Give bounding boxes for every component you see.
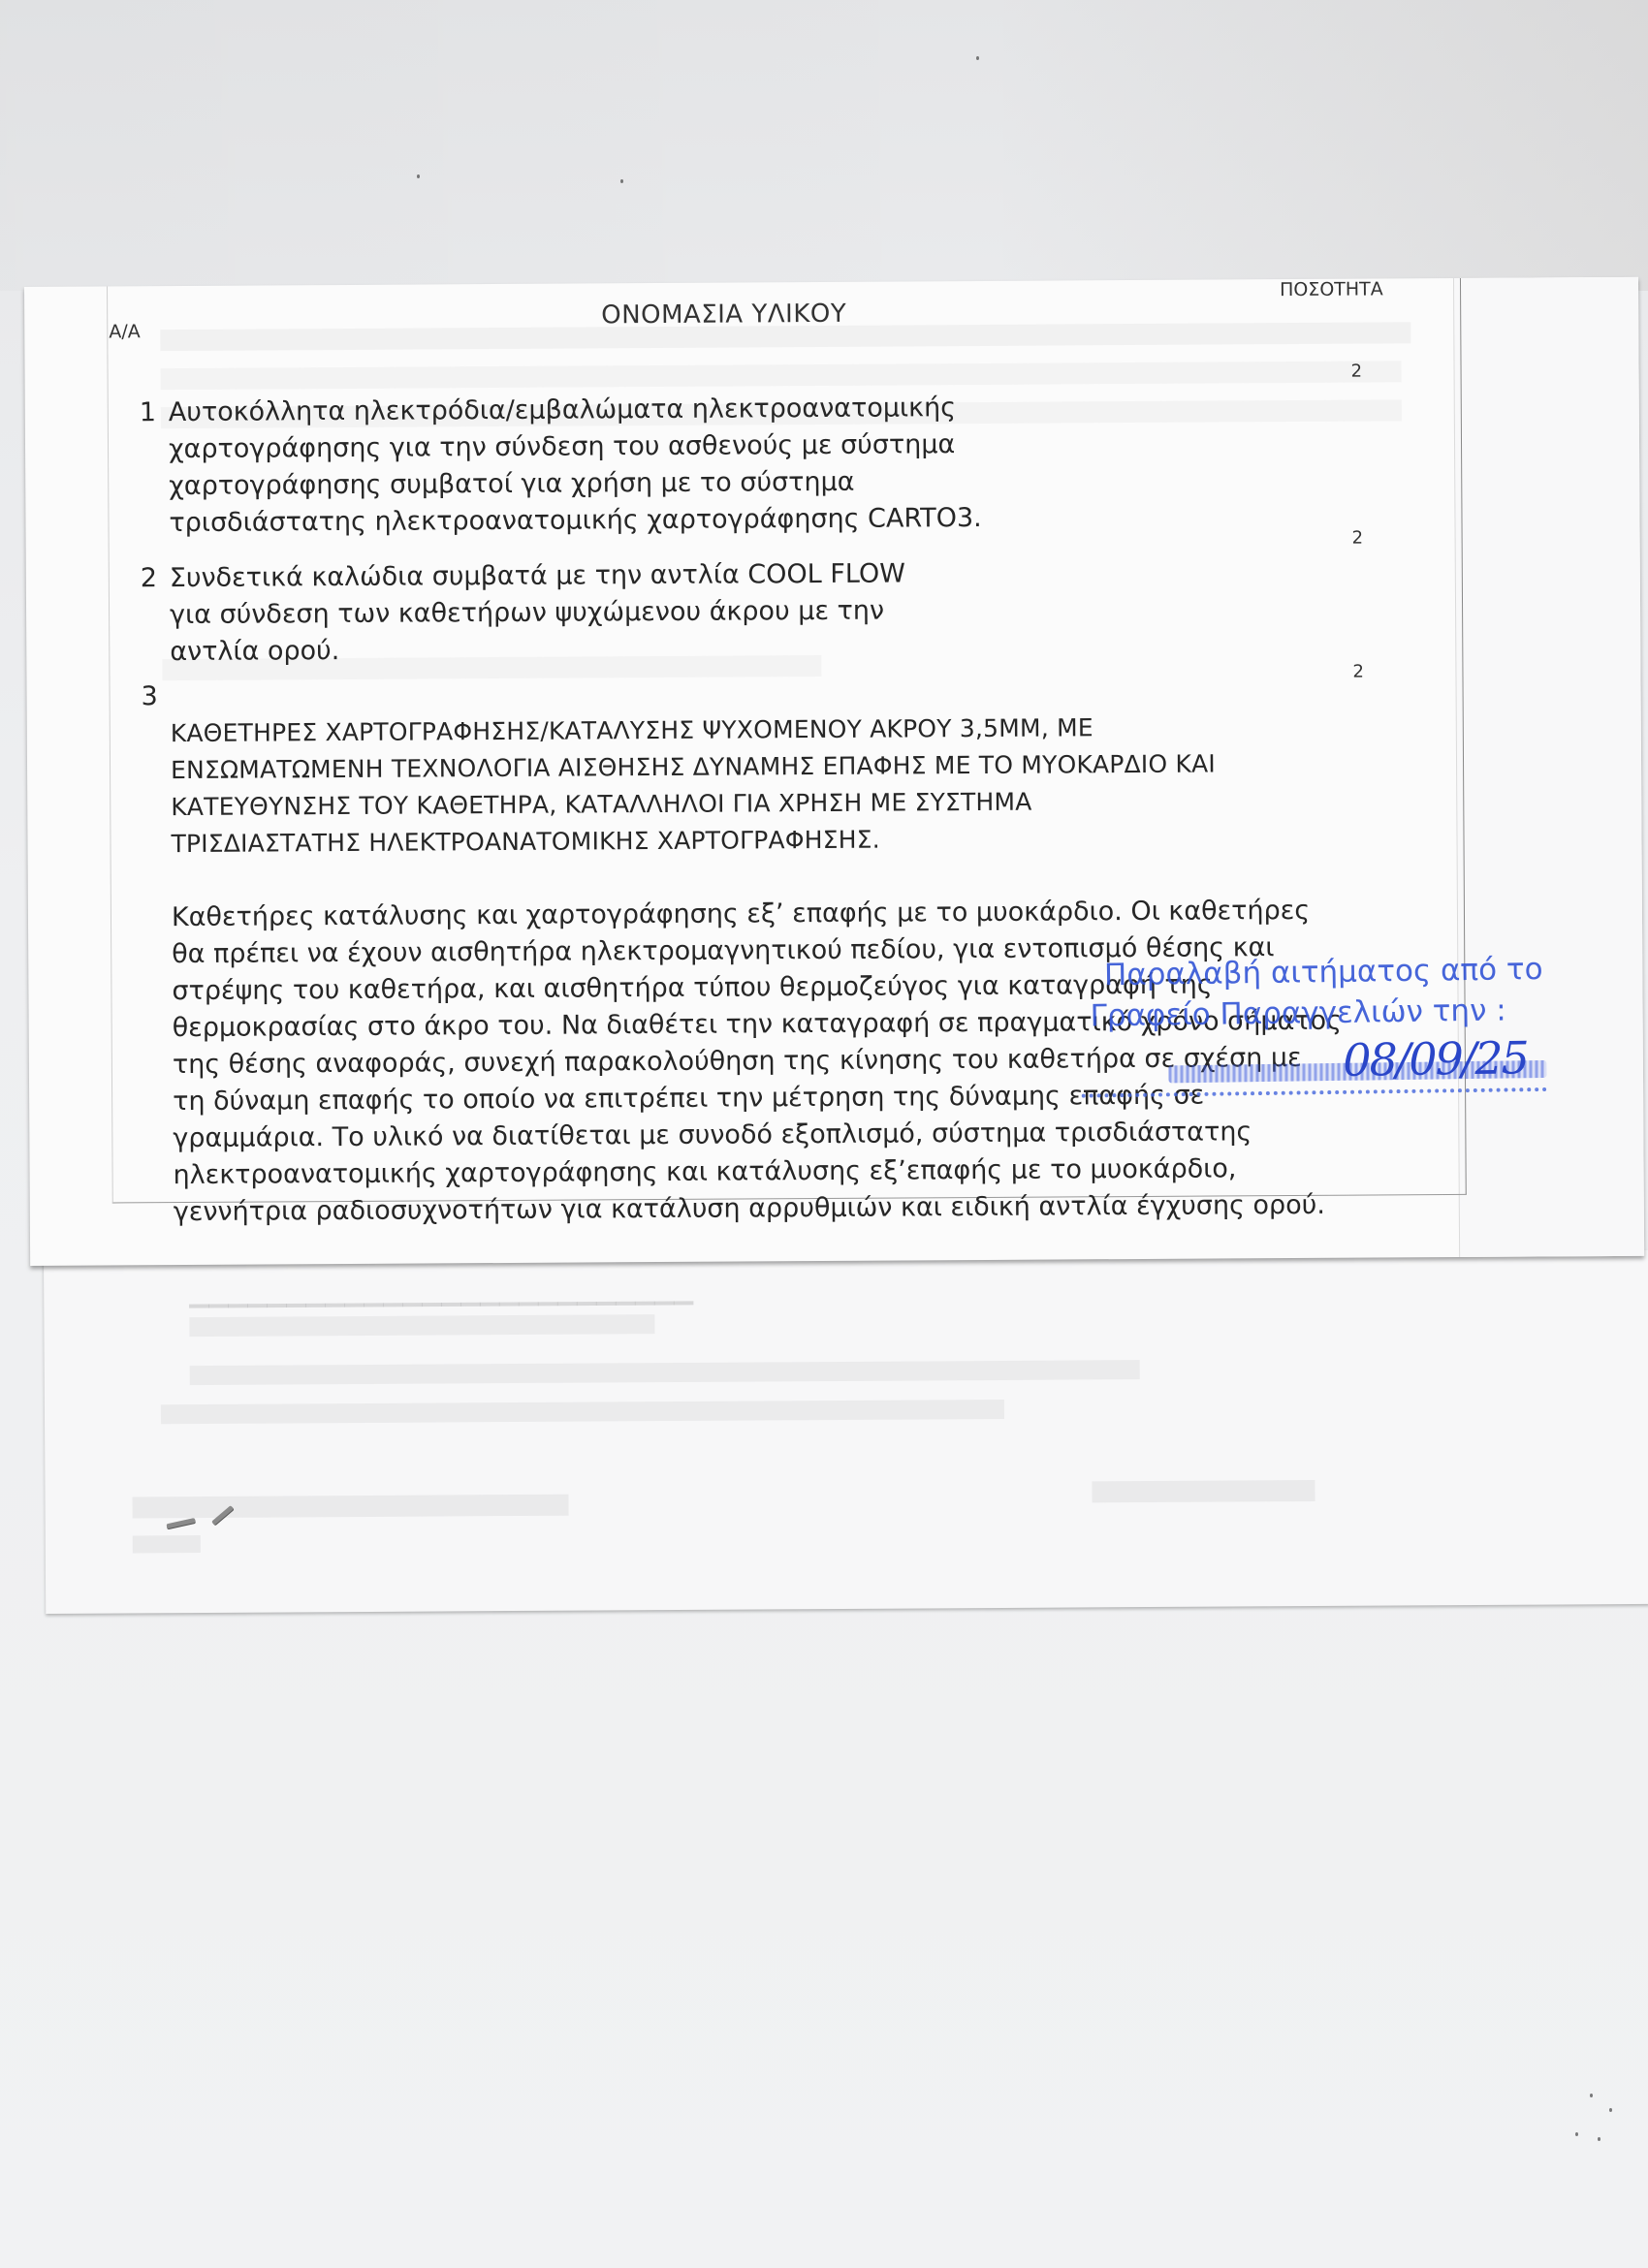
show-through-text [132,1495,568,1519]
column-header-index: Α/Α [109,321,141,342]
dust-speck [1575,2132,1578,2136]
dust-speck [1609,2108,1612,2112]
scanner-background [0,0,1648,291]
item-quantity: 2 [1352,662,1364,682]
staple [166,1518,195,1528]
received-stamp: Παραλαβή αιτήματος από το Γραφείο Παραγγ… [1080,951,1586,1132]
column-header-quantity: ΠΟΣΟΤΗΤΑ [1280,278,1383,300]
show-through-text [133,1535,201,1553]
item-title: ΚΑΘΕΤΗΡΕΣ ΧΑΡΤΟΓΡΑΦΗΣΗΣ/ΚΑΤΑΛΥΣΗΣ ΨΥΧΟΜΕ… [171,709,1341,863]
row-number: 3 [141,678,170,715]
back-sheet: ▁▁▁▁▁▁▁▁▁▁▁▁▁▁▁▁▁▁▁▁▁▁▁▁▁▁ [44,1250,1648,1614]
row-number: 1 [140,394,169,431]
dust-speck [620,179,623,183]
handwritten-date: 08/09/25 [1343,1031,1528,1087]
item-description: Αυτοκόλλητα ηλεκτρόδια/εμβαλώματα ηλεκτρ… [169,390,982,542]
table-row: 2 Συνδετικά καλώδια συμβατά με την αντλί… [141,555,906,671]
dust-speck [1598,2137,1600,2141]
show-through-text: ▁▁▁▁▁▁▁▁▁▁▁▁▁▁▁▁▁▁▁▁▁▁▁▁▁▁ [189,1276,693,1308]
table-row: 1 Αυτοκόλλητα ηλεκτρόδια/εμβαλώματα ηλεκ… [140,390,982,542]
column-header-name: ΟΝΟΜΑΣΙΑ ΥΛΙΚΟΥ [601,299,846,331]
show-through-text [189,1314,654,1337]
item-quantity: 2 [1350,362,1362,382]
dust-speck [417,174,420,178]
show-through-text [1092,1480,1315,1502]
dust-speck [976,56,979,60]
item-quantity: 2 [1352,528,1364,549]
show-through-text [190,1360,1140,1385]
stamp-line-1: Παραλαβή αιτήματος από το [1104,952,1543,992]
stamp-line-2: Γραφείο Παραγγελιών την : [1090,993,1506,1034]
row-number: 2 [141,560,170,597]
item-description: Συνδετικά καλώδια συμβατά με την αντλία … [170,555,906,671]
dust-speck [1590,2094,1593,2097]
show-through-text [161,1400,1004,1424]
